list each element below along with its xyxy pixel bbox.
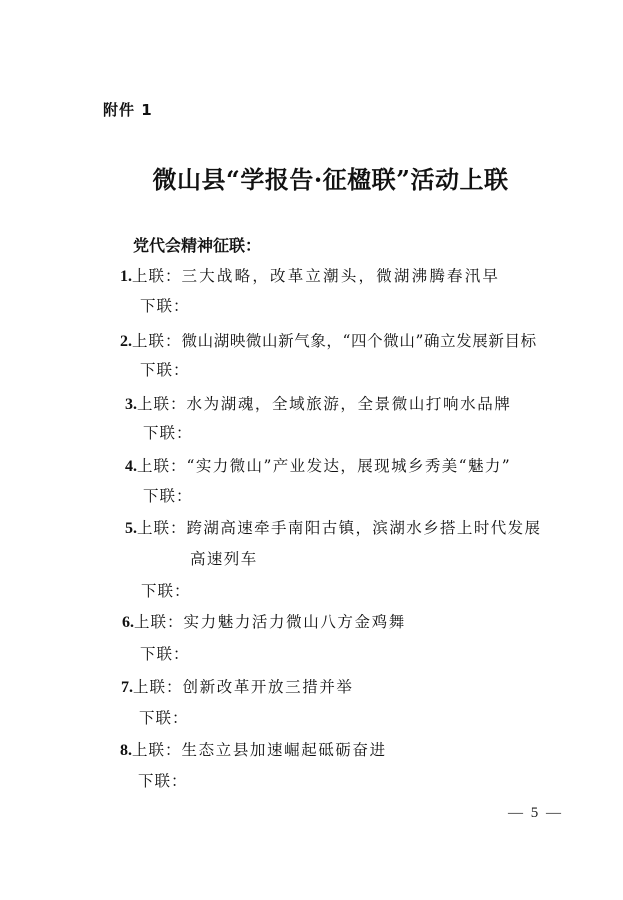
- couplet-8-upper: 8.上联：生态立县加速崛起砥砺奋进: [120, 740, 387, 761]
- upper-label: 上联：: [137, 457, 187, 475]
- couplet-6-lower: 下联：: [140, 644, 190, 664]
- item-number: 4.: [125, 458, 137, 475]
- couplet-1-lower: 下联：: [140, 296, 190, 316]
- couplet-6-upper: 6.上联：实力魅力活力微山八方金鸡舞: [122, 612, 406, 633]
- upper-text: 生态立县加速崛起砥砺奋进: [182, 741, 387, 759]
- upper-label: 上联：: [132, 741, 182, 759]
- couplet-4-upper: 4.上联：“实力微山”产业发达，展现城乡秀美“魅力”: [125, 456, 511, 477]
- lower-label: 下联：: [143, 424, 193, 442]
- item-number: 7.: [121, 679, 133, 696]
- couplet-5-lower: 下联：: [141, 581, 191, 601]
- couplet-3-upper: 3.上联：水为湖魂，全域旅游，全景微山打响水品牌: [125, 394, 511, 415]
- upper-label: 上联：: [133, 678, 183, 696]
- lower-label: 下联：: [140, 361, 190, 379]
- couplet-3-lower: 下联：: [143, 423, 193, 443]
- upper-label: 上联：: [132, 267, 182, 285]
- item-number: 6.: [122, 614, 134, 631]
- upper-text: 三大战略，改革立潮头，微湖沸腾春汛早: [182, 267, 501, 285]
- couplet-5-upper-continuation: 高速列车: [190, 549, 258, 569]
- upper-text: 跨湖高速牵手南阳古镇，滨湖水乡搭上时代发展: [187, 519, 542, 537]
- lower-label: 下联：: [138, 772, 188, 790]
- attachment-label: 附件 1: [103, 99, 153, 120]
- couplet-1-upper: 1.上联：三大战略，改革立潮头，微湖沸腾春汛早: [120, 266, 500, 287]
- couplet-8-lower: 下联：: [138, 771, 188, 791]
- item-number: 3.: [125, 396, 137, 413]
- lower-label: 下联：: [140, 645, 190, 663]
- couplet-2-lower: 下联：: [140, 360, 190, 380]
- item-number: 2.: [120, 333, 132, 350]
- document-title: 微山县“学报告·征楹联”活动上联: [0, 160, 623, 195]
- upper-text: 实力魅力活力微山八方金鸡舞: [184, 613, 406, 631]
- upper-label: 上联：: [137, 519, 187, 537]
- couplet-4-lower: 下联：: [143, 486, 193, 506]
- upper-text: 微山湖映微山新气象，“四个微山”确立发展新目标: [182, 332, 537, 350]
- couplet-7-lower: 下联：: [139, 708, 189, 728]
- couplet-7-upper: 7.上联：创新改革开放三措并举: [121, 677, 354, 698]
- lower-label: 下联：: [143, 487, 193, 505]
- lower-label: 下联：: [141, 582, 191, 600]
- item-number: 1.: [120, 268, 132, 285]
- upper-label: 上联：: [134, 613, 184, 631]
- page-number: — 5 —: [508, 805, 563, 822]
- upper-text: 水为湖魂，全域旅游，全景微山打响水品牌: [187, 395, 512, 413]
- upper-label: 上联：: [132, 332, 182, 350]
- upper-text: “实力微山”产业发达，展现城乡秀美“魅力”: [187, 457, 512, 475]
- section-heading: 党代会精神征联：: [133, 233, 261, 256]
- lower-label: 下联：: [139, 709, 189, 727]
- couplet-5-upper: 5.上联：跨湖高速牵手南阳古镇，滨湖水乡搭上时代发展: [125, 518, 541, 539]
- couplet-2-upper: 2.上联：微山湖映微山新气象，“四个微山”确立发展新目标: [120, 331, 537, 352]
- upper-label: 上联：: [137, 395, 187, 413]
- item-number: 8.: [120, 742, 132, 759]
- lower-label: 下联：: [140, 297, 190, 315]
- upper-text-continuation: 高速列车: [190, 550, 258, 568]
- item-number: 5.: [125, 520, 137, 537]
- upper-text: 创新改革开放三措并举: [183, 678, 354, 696]
